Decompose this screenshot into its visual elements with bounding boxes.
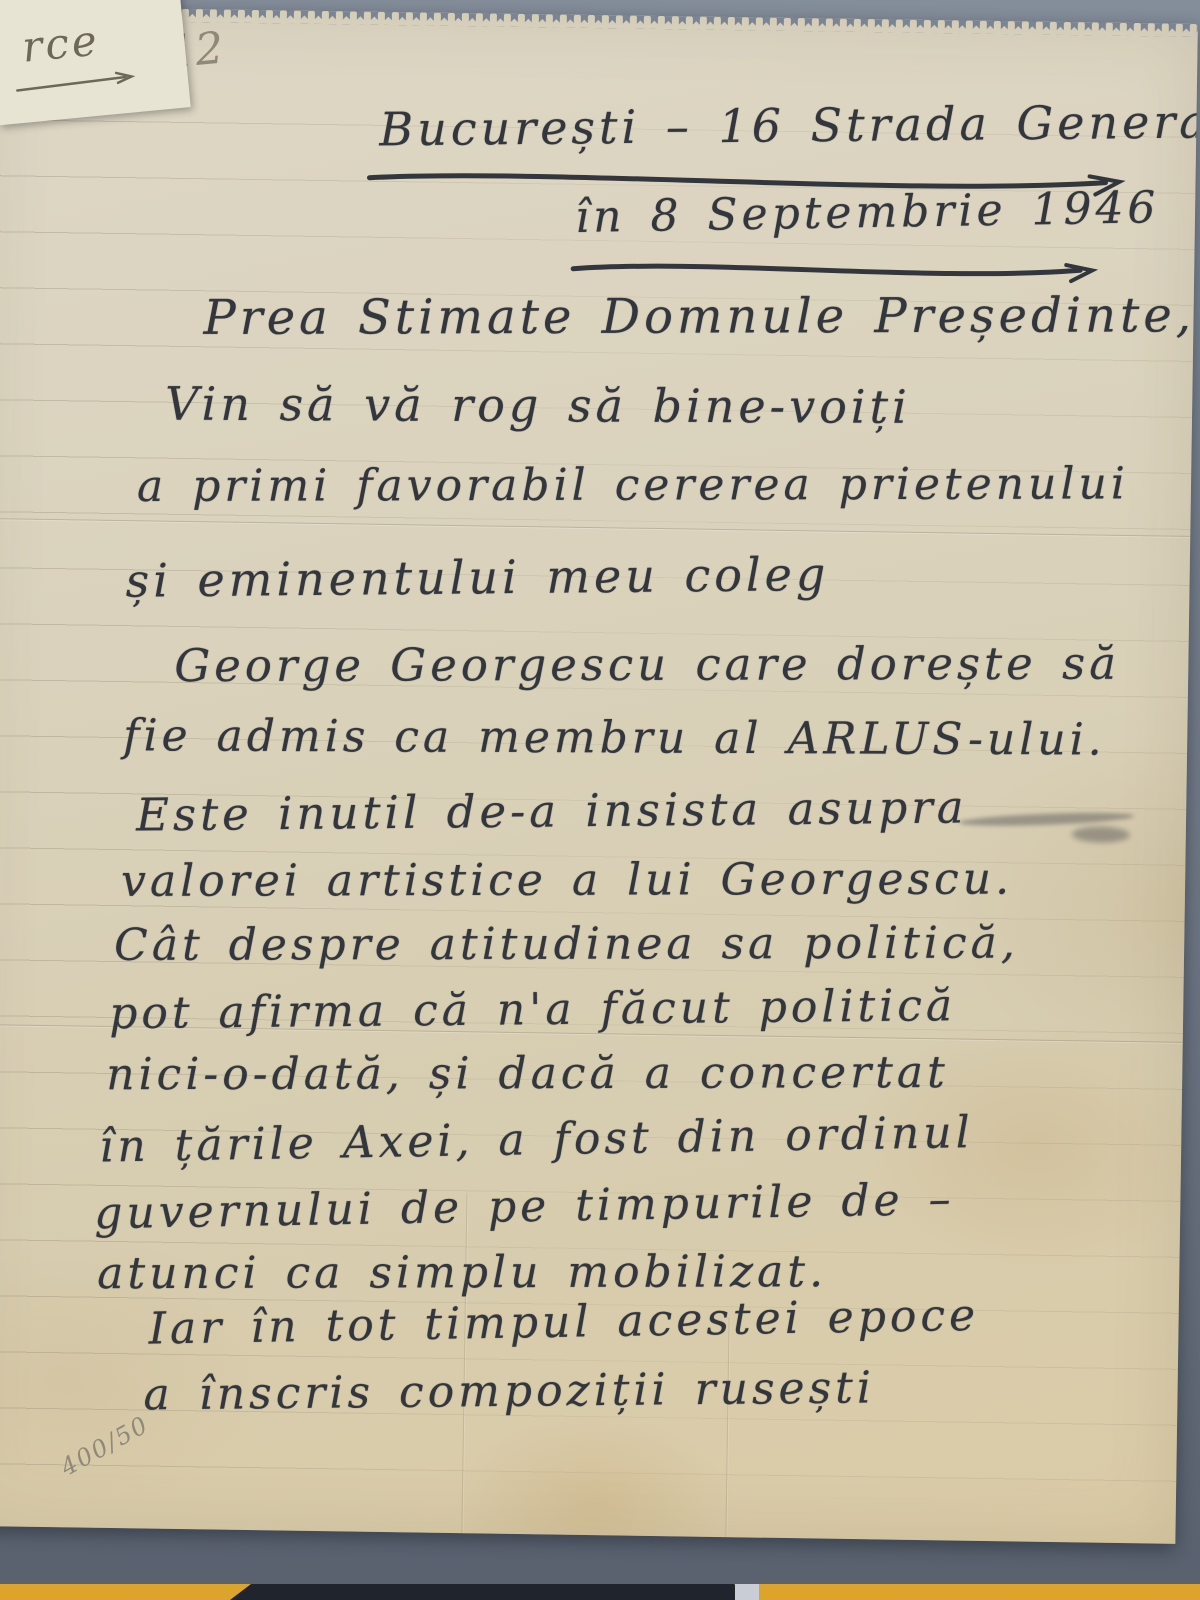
archive-card: rce (0, 0, 191, 125)
letter-line-10: valorei artistice a lui Georgescu. (121, 854, 1013, 907)
card-arrow-mark (13, 67, 144, 97)
letter-line-18: a înscris compoziții rusești (143, 1362, 875, 1420)
letter-line-12: pot afirma că n'a făcut politică (109, 980, 956, 1039)
address-line: București – 16 Strada General Manu (379, 93, 1198, 157)
highlight-sliver (735, 1584, 759, 1600)
card-handwriting-fragment: rce (20, 16, 102, 72)
letter-paper: București – 16 Strada General Manu în 8 … (0, 6, 1198, 1544)
letter-line-8: fie admis ca membru al ARLUS-ului. (123, 710, 1106, 765)
date-line: în 8 Septembrie 1946 (575, 182, 1160, 243)
letter-line-6: și eminentului meu coleg (125, 547, 829, 608)
letter-line-13: nici-o-dată, și dacă a concertat (106, 1047, 949, 1100)
letter-line-16: atunci ca simplu mobilizat. (97, 1246, 827, 1299)
table-strip (0, 1584, 1200, 1600)
letter-line-5: a primi favorabil cererea prietenului (137, 458, 1129, 512)
letter-line-11: Cât despre atitudinea sa politică, (114, 918, 1019, 971)
letter-line-4: Vin să vă rog să bine-voiți (165, 377, 911, 434)
salutation-line: Prea Stimate Domnule Președinte, (203, 287, 1195, 346)
clipboard-stand (230, 1584, 755, 1600)
letter-line-7: George Georgescu care dorește să (174, 637, 1120, 692)
photo-background: București – 16 Strada General Manu în 8 … (0, 0, 1200, 1600)
letter-line-9: Este inutil de-a insista asupra (136, 780, 968, 841)
